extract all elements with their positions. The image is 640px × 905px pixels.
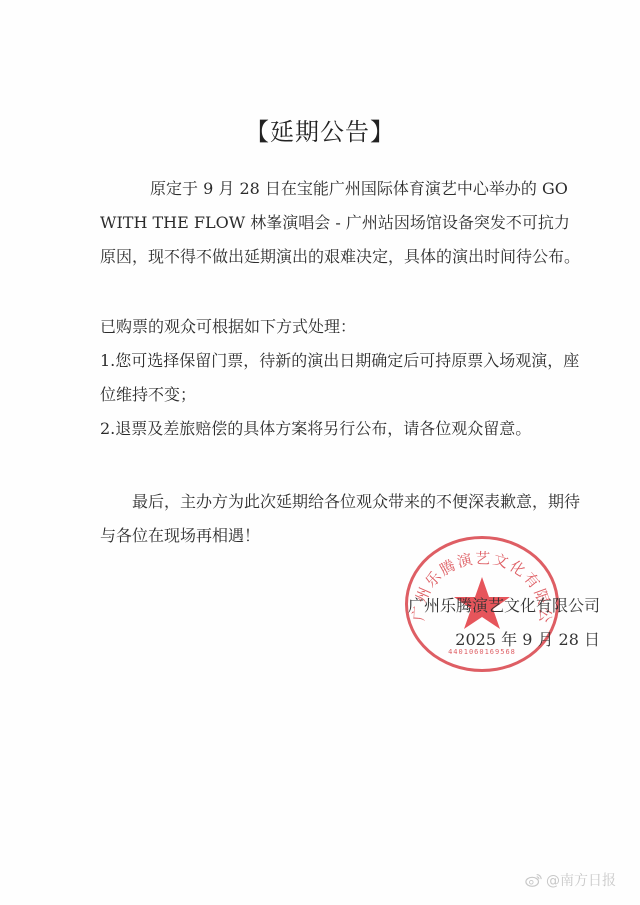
text-line: 原因，现不得不做出延期演出的艰难决定，具体的演出时间待公布。: [100, 240, 598, 274]
document-title: 【延期公告】: [0, 112, 640, 147]
paragraph-announcement: 原定于 9 月 28 日在宝能广州国际体育演艺中心举办的 GO WITH THE…: [118, 172, 598, 274]
text-line: 最后，主办方为此次延期给各位观众带来的不便深表歉意，期待: [100, 485, 580, 519]
signature-block: 广州乐腾演艺文化有限公司 2025 年 9 月 28 日: [360, 589, 600, 657]
list-item-option-2: 2.退票及差旅赔偿的具体方案将另行公布，请各位观众留意。: [100, 412, 580, 446]
source-watermark: @南方日报: [525, 870, 616, 890]
company-name: 广州乐腾演艺文化有限公司: [360, 589, 600, 623]
weibo-icon: [525, 872, 543, 888]
text-line: WITH THE FLOW 林峯演唱会 - 广州站因场馆设备突发不可抗力: [100, 206, 598, 240]
text-line: 已购票的观众可根据如下方式处理：: [100, 310, 580, 344]
text-line: 位维持不变；: [100, 378, 580, 412]
text-line: 原定于 9 月 28 日在宝能广州国际体育演艺中心举办的 GO: [118, 172, 598, 206]
watermark-text: @南方日报: [546, 870, 616, 890]
paragraph-ticket-handling: 已购票的观众可根据如下方式处理： 1.您可选择保留门票，待新的演出日期确定后可持…: [100, 310, 580, 446]
list-item-option-1: 1.您可选择保留门票，待新的演出日期确定后可持原票入场观演，座: [100, 344, 580, 378]
signature-date: 2025 年 9 月 28 日: [360, 623, 600, 657]
document-page: 【延期公告】 原定于 9 月 28 日在宝能广州国际体育演艺中心举办的 GO W…: [0, 0, 640, 905]
